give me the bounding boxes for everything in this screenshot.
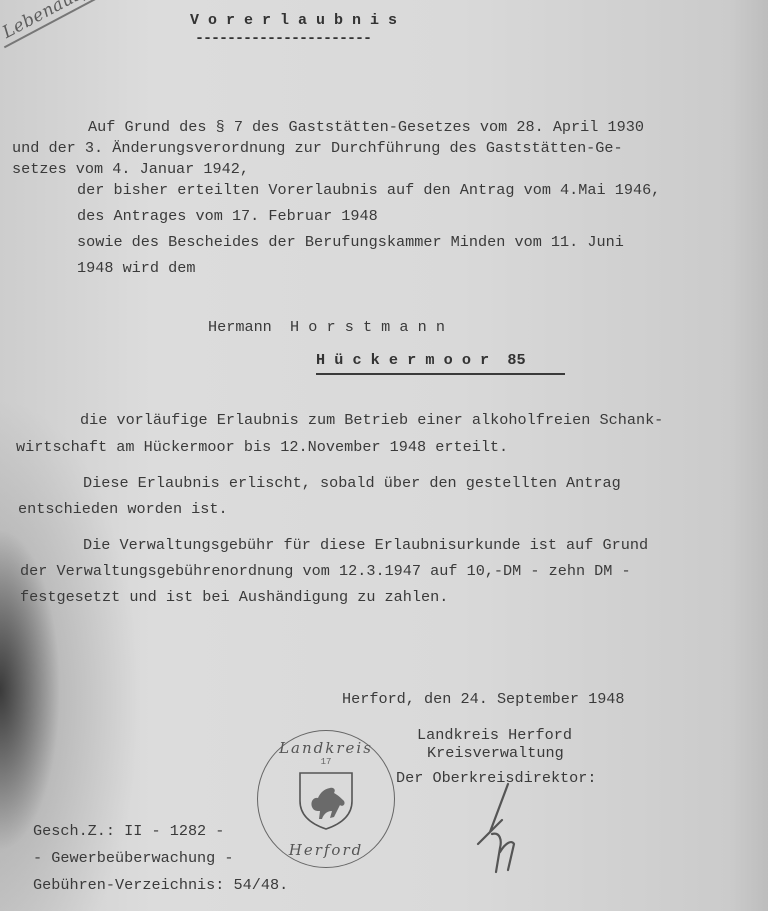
seal-number: 17: [258, 757, 394, 767]
recipient-address: H ü c k e r m o o r 85: [316, 351, 526, 369]
preamble-line: sowie des Bescheides der Berufungskammer…: [77, 233, 624, 251]
recipient-name: Hermann H o r s t m a n n: [208, 318, 445, 336]
fee-line: Die Verwaltungsgebühr für diese Erlaubni…: [83, 536, 648, 554]
fee-line: festgesetzt und ist bei Aushändigung zu …: [20, 588, 448, 606]
signature: [470, 782, 550, 877]
permit-line: die vorläufige Erlaubnis zum Betrieb ein…: [80, 411, 663, 429]
reference-line: Gebühren-Verzeichnis: 54/48.: [33, 876, 288, 894]
preamble-line: und der 3. Änderungsverordnung zur Durch…: [12, 139, 623, 157]
title-underline: ----------------------: [195, 30, 371, 48]
corner-stamp: Lebenausfertigung: [0, 0, 167, 48]
reference-line: - Gewerbeüberwachung -: [33, 849, 234, 867]
authority-line: Kreisverwaltung: [427, 744, 564, 762]
official-seal: Landkreis 17 Herford: [257, 730, 395, 868]
place-date: Herford, den 24. September 1948: [342, 690, 625, 708]
expiry-line: entschieden worden ist.: [18, 500, 228, 518]
preamble-line: 1948 wird dem: [77, 259, 195, 277]
authority-line: Landkreis Herford: [417, 726, 572, 744]
document-title: V o r e r l a u b n i s: [190, 12, 397, 30]
horse-shield-icon: [298, 771, 354, 831]
reference-line: Gesch.Z.: II - 1282 -: [33, 822, 224, 840]
preamble-line: des Antrages vom 17. Februar 1948: [77, 207, 378, 225]
seal-top-text: Landkreis: [258, 739, 394, 757]
preamble-line: Auf Grund des § 7 des Gaststätten-Gesetz…: [88, 118, 644, 136]
preamble-line: der bisher erteilten Vorerlaubnis auf de…: [77, 181, 660, 199]
document-page: Lebenausfertigung V o r e r l a u b n i …: [0, 0, 768, 911]
preamble-line: setzes vom 4. Januar 1942,: [12, 160, 249, 178]
permit-line: wirtschaft am Hückermoor bis 12.November…: [16, 438, 508, 456]
address-underline: [316, 373, 565, 375]
seal-bottom-text: Herford: [258, 841, 394, 859]
expiry-line: Diese Erlaubnis erlischt, sobald über de…: [83, 474, 621, 492]
fee-line: der Verwaltungsgebührenordnung vom 12.3.…: [20, 562, 631, 580]
